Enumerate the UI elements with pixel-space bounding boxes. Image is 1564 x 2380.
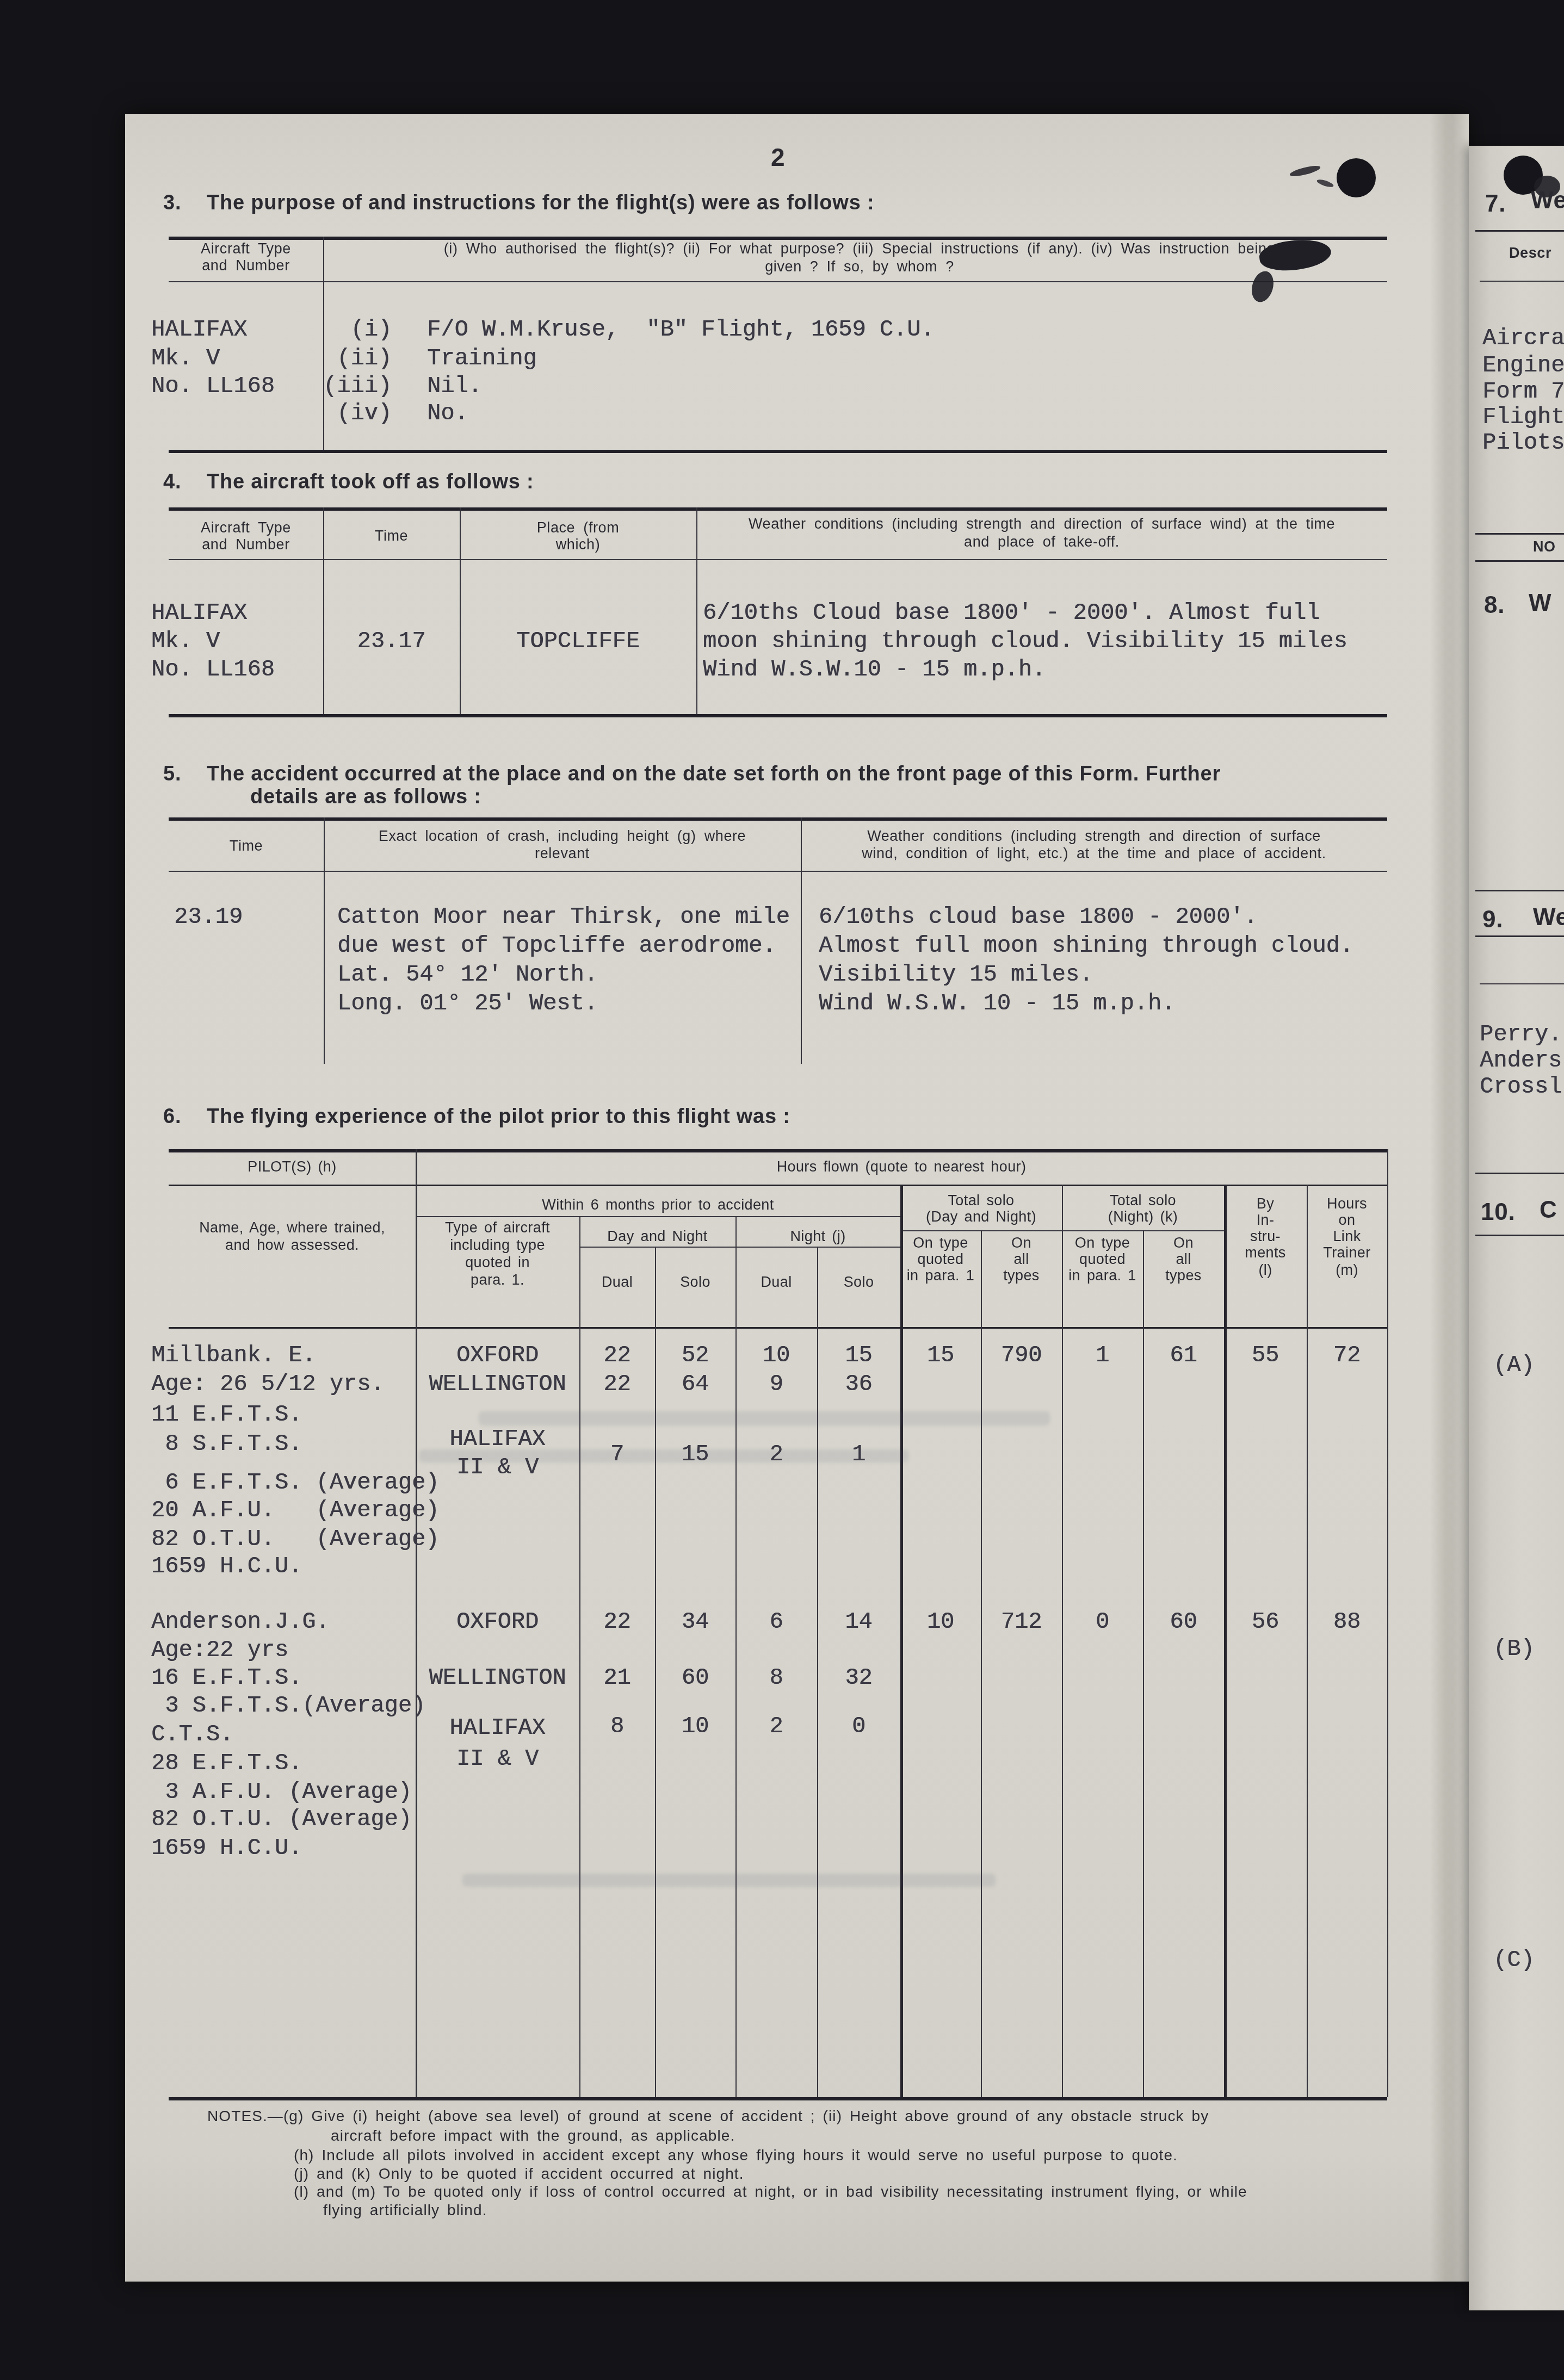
s4-col1-header: Aircraft Type bbox=[169, 519, 323, 536]
s3-aircraft-mark: Mk. V bbox=[151, 345, 220, 371]
ink-scribble bbox=[1289, 164, 1321, 178]
s6-name-header: and how assessed. bbox=[169, 1237, 416, 1253]
pilot-name-line: 1659 H.C.U. bbox=[151, 1835, 302, 1861]
hours-value: 22 bbox=[579, 1609, 655, 1635]
pilot-name-line: 20 A.F.U. (Average) bbox=[151, 1497, 439, 1523]
total-solo-value: 1 bbox=[1062, 1342, 1143, 1368]
notes-line: NOTES.—(g) Give (i) height (above sea le… bbox=[207, 2108, 1209, 2125]
hours-value: 7 bbox=[579, 1441, 655, 1467]
adj-section8-text: W bbox=[1529, 590, 1551, 617]
s6-pilots-header: PILOT(S) (h) bbox=[169, 1158, 416, 1175]
hours-value: 2 bbox=[735, 1713, 817, 1739]
adjacent-page: 7. We Descr Aircra Engine Form 7 Flight … bbox=[1469, 146, 1564, 2310]
rule bbox=[696, 507, 697, 714]
notes-line: aircraft before impact with the ground, … bbox=[331, 2127, 735, 2145]
link-trainer-value: 88 bbox=[1307, 1609, 1387, 1635]
rule bbox=[1475, 230, 1564, 232]
s3-item-label: (ii) bbox=[305, 345, 392, 371]
adj-section7-number: 7. bbox=[1485, 190, 1506, 218]
s5-location-header: relevant bbox=[324, 845, 801, 862]
rule bbox=[169, 817, 1387, 821]
rule bbox=[1387, 1149, 1388, 2097]
adj-section10-number: 10. bbox=[1481, 1199, 1516, 1226]
adj-section7-text: We bbox=[1531, 187, 1564, 214]
aircraft-type: HALIFAX bbox=[416, 1426, 579, 1452]
s4-weather-line: 6/10ths Cloud base 1800' - 2000'. Almost… bbox=[703, 600, 1320, 626]
s3-item-text: No. bbox=[427, 400, 468, 426]
s6-on-type-header: in para. 1 bbox=[900, 1267, 981, 1284]
s6-link-trainer-header: on bbox=[1307, 1212, 1387, 1228]
s3-col2-header: given ? If so, by whom ? bbox=[332, 258, 1387, 275]
total-solo-value: 60 bbox=[1143, 1609, 1224, 1635]
instruments-value: 56 bbox=[1224, 1609, 1307, 1635]
section4-title: The aircraft took off as follows : bbox=[207, 470, 534, 494]
s6-on-all-header: all bbox=[981, 1251, 1062, 1267]
aircraft-type: WELLINGTON bbox=[410, 1665, 585, 1691]
adj-typed-line: Anders bbox=[1480, 1048, 1562, 1074]
pilot-name-line: 8 S.F.T.S. bbox=[151, 1431, 302, 1457]
s6-night-header: Night (j) bbox=[735, 1228, 900, 1244]
rule bbox=[1475, 1235, 1564, 1236]
pilot-marker: (B) bbox=[1493, 1636, 1535, 1662]
pilot-name-line: 16 E.F.T.S. bbox=[151, 1665, 302, 1691]
s3-item-label: (i) bbox=[305, 317, 392, 343]
s4-time-value: 23.17 bbox=[323, 628, 460, 654]
rule bbox=[1480, 983, 1564, 984]
pilot-name-line: Millbank. E. bbox=[151, 1342, 316, 1368]
s3-aircraft-number: No. LL168 bbox=[151, 373, 275, 399]
s6-on-all-header: types bbox=[981, 1267, 1062, 1284]
hours-value: 15 bbox=[655, 1441, 735, 1467]
rule bbox=[323, 507, 324, 714]
rule bbox=[801, 817, 802, 1064]
s4-place-header: Place (from bbox=[460, 519, 696, 536]
s4-place-header: which) bbox=[460, 536, 696, 553]
s6-instruments-header: In- bbox=[1224, 1212, 1307, 1228]
s4-weather-header: and place of take-off. bbox=[696, 534, 1387, 550]
total-solo-value: 0 bbox=[1062, 1609, 1143, 1635]
s6-link-trainer-header: (m) bbox=[1307, 1262, 1387, 1278]
s3-aircraft-type: HALIFAX bbox=[151, 317, 247, 343]
aircraft-type: HALIFAX bbox=[416, 1715, 579, 1741]
instruments-value: 55 bbox=[1224, 1342, 1307, 1368]
hours-value: 1 bbox=[817, 1441, 900, 1467]
hours-value: 8 bbox=[735, 1665, 817, 1691]
pilot-marker: (A) bbox=[1493, 1352, 1535, 1378]
s6-dual-header: Dual bbox=[579, 1274, 655, 1290]
s5-weather-line: Almost full moon shining through cloud. bbox=[819, 933, 1353, 959]
rule bbox=[1475, 935, 1564, 937]
s4-weather-header: Weather conditions (including strength a… bbox=[696, 516, 1387, 532]
adj-section10-text: C bbox=[1540, 1197, 1557, 1224]
s3-item-text: F/O W.M.Kruse, "B" Flight, 1659 C.U. bbox=[427, 317, 935, 343]
s3-item-label: (iv) bbox=[305, 400, 392, 426]
aircraft-type: II & V bbox=[416, 1454, 579, 1480]
aircraft-type: OXFORD bbox=[416, 1609, 579, 1635]
pilot-name-line: Age:22 yrs bbox=[151, 1637, 288, 1663]
adj-typed-line: Form 7 bbox=[1482, 379, 1564, 405]
section5-number: 5. bbox=[163, 763, 181, 786]
hours-value: 10 bbox=[655, 1713, 735, 1739]
hours-value: 10 bbox=[735, 1342, 817, 1368]
pilot-name-line: 1659 H.C.U. bbox=[151, 1553, 302, 1579]
rule bbox=[1475, 560, 1564, 562]
hours-value: 60 bbox=[655, 1665, 735, 1691]
hours-value: 15 bbox=[817, 1342, 900, 1368]
pilot-name-line: 11 E.F.T.S. bbox=[151, 1402, 302, 1428]
hours-value: 32 bbox=[817, 1665, 900, 1691]
s6-total-solo-dn-header: Total solo bbox=[900, 1192, 1062, 1208]
hours-value: 8 bbox=[579, 1713, 655, 1739]
notes-line: (l) and (m) To be quoted only if loss of… bbox=[294, 2183, 1247, 2201]
ink-bleed-mark bbox=[462, 1874, 996, 1887]
hours-value: 36 bbox=[817, 1371, 900, 1397]
s4-col1-header: and Number bbox=[169, 536, 323, 553]
rule bbox=[169, 2097, 1387, 2100]
hours-value: 21 bbox=[579, 1665, 655, 1691]
adj-typed-line: Engine bbox=[1482, 352, 1564, 379]
adj-descr-label: Descr bbox=[1509, 245, 1551, 262]
hours-value: 14 bbox=[817, 1609, 900, 1635]
notes-line: (h) Include all pilots involved in accid… bbox=[294, 2147, 1178, 2164]
s6-hours-header: Hours flown (quote to nearest hour) bbox=[416, 1158, 1387, 1175]
link-trainer-value: 72 bbox=[1307, 1342, 1387, 1368]
s6-total-solo-dn-header: (Day and Night) bbox=[900, 1208, 1062, 1225]
pilot-name-line: Age: 26 5/12 yrs. bbox=[151, 1371, 384, 1397]
hours-value: 9 bbox=[735, 1371, 817, 1397]
s5-location-line: Catton Moor near Thirsk, one mile bbox=[337, 904, 790, 930]
s6-on-all-header: all bbox=[1143, 1251, 1224, 1267]
hours-value: 22 bbox=[579, 1342, 655, 1368]
section4-number: 4. bbox=[163, 470, 181, 494]
s6-solo-header: Solo bbox=[655, 1274, 735, 1290]
s6-on-type-header: On type bbox=[1062, 1235, 1143, 1251]
section3-title: The purpose of and instructions for the … bbox=[207, 191, 874, 215]
pilot-name-line: 3 S.F.T.S.(Average) bbox=[151, 1693, 425, 1719]
s6-on-all-header: types bbox=[1143, 1267, 1224, 1284]
s5-weather-line: Wind W.S.W. 10 - 15 m.p.h. bbox=[819, 990, 1175, 1017]
rule bbox=[169, 1149, 1387, 1152]
total-solo-value: 15 bbox=[900, 1342, 981, 1368]
rule bbox=[169, 507, 1387, 511]
s6-instruments-header: stru- bbox=[1224, 1228, 1307, 1244]
s5-location-line: Long. 01° 25' West. bbox=[337, 990, 598, 1017]
rule bbox=[169, 237, 1387, 240]
s4-weather-line: Wind W.S.W.10 - 15 m.p.h. bbox=[703, 656, 1046, 683]
s6-on-type-header: in para. 1 bbox=[1062, 1267, 1143, 1284]
aircraft-type: OXFORD bbox=[416, 1342, 579, 1368]
page-number: 2 bbox=[751, 142, 805, 172]
pilot-name-line: Anderson.J.G. bbox=[151, 1609, 330, 1635]
rule bbox=[579, 1247, 735, 1248]
s3-col1-header: Aircraft Type bbox=[169, 240, 323, 257]
s6-total-solo-n-header: (Night) (k) bbox=[1062, 1208, 1224, 1225]
s3-item-text: Nil. bbox=[427, 373, 482, 399]
rule bbox=[324, 817, 325, 1064]
rule bbox=[416, 1216, 900, 1217]
rule bbox=[1062, 1185, 1063, 2097]
adj-section8-number: 8. bbox=[1484, 592, 1505, 619]
s4-aircraft-mark: Mk. V bbox=[151, 628, 220, 654]
pilot-name-line: 6 E.F.T.S. (Average) bbox=[151, 1470, 439, 1496]
rule bbox=[1307, 1185, 1308, 2097]
s6-dual-header: Dual bbox=[735, 1274, 817, 1290]
aircraft-type: WELLINGTON bbox=[410, 1371, 585, 1397]
hours-value: 6 bbox=[735, 1609, 817, 1635]
s6-on-all-header: On bbox=[1143, 1235, 1224, 1251]
s4-aircraft-number: No. LL168 bbox=[151, 656, 275, 683]
s6-instruments-header: ments bbox=[1224, 1244, 1307, 1261]
total-solo-value: 10 bbox=[900, 1609, 981, 1635]
s6-link-trainer-header: Hours bbox=[1307, 1195, 1387, 1212]
s5-weather-line: Visibility 15 miles. bbox=[819, 962, 1093, 988]
adj-section9-number: 9. bbox=[1482, 906, 1503, 933]
s3-col2-header: (i) Who authorised the flight(s)? (ii) F… bbox=[332, 240, 1387, 257]
pilot-name-line: 3 A.F.U. (Average) bbox=[151, 1779, 412, 1805]
adj-typed-line: Perry. bbox=[1480, 1021, 1562, 1048]
s6-type-header: quoted in bbox=[416, 1254, 579, 1270]
hours-value: 34 bbox=[655, 1609, 735, 1635]
rule bbox=[1475, 890, 1564, 891]
adj-no-label: NO bbox=[1533, 538, 1556, 555]
rule bbox=[1475, 1173, 1564, 1174]
rule bbox=[169, 281, 1387, 282]
s5-weather-line: 6/10ths cloud base 1800 - 2000'. bbox=[819, 904, 1258, 930]
section5-title: The accident occurred at the place and o… bbox=[207, 763, 1221, 786]
adj-typed-line: Pilots bbox=[1482, 430, 1564, 456]
ink-scribble bbox=[1316, 178, 1334, 188]
rule bbox=[460, 507, 461, 714]
s4-aircraft-type: HALIFAX bbox=[151, 600, 247, 626]
s4-weather-line: moon shining through cloud. Visibility 1… bbox=[703, 628, 1347, 654]
pilot-marker: (C) bbox=[1493, 1947, 1535, 1973]
s4-place-value: TOPCLIFFE bbox=[460, 628, 696, 654]
s6-on-type-header: quoted bbox=[900, 1251, 981, 1267]
section5-title: details are as follows : bbox=[250, 785, 481, 809]
rule bbox=[169, 871, 1387, 872]
hours-value: 52 bbox=[655, 1342, 735, 1368]
s6-solo-header: Solo bbox=[817, 1274, 900, 1290]
rule bbox=[900, 1185, 903, 2097]
s3-col1-header: and Number bbox=[169, 257, 323, 274]
rule bbox=[1224, 1185, 1227, 2097]
s6-type-header: Type of aircraft bbox=[416, 1219, 579, 1236]
pilot-name-line: 82 O.T.U. (Average) bbox=[151, 1526, 439, 1552]
hours-value: 2 bbox=[735, 1441, 817, 1467]
s5-location-header: Exact location of crash, including heigh… bbox=[324, 828, 801, 845]
hours-value: 22 bbox=[579, 1371, 655, 1397]
pilot-name-line: 82 O.T.U. (Average) bbox=[151, 1806, 412, 1832]
s6-name-header: Name, Age, where trained, bbox=[169, 1219, 416, 1236]
hours-value: 64 bbox=[655, 1371, 735, 1397]
s6-instruments-header: (l) bbox=[1224, 1262, 1307, 1278]
s5-weather-header: Weather conditions (including strength a… bbox=[801, 828, 1387, 845]
pilot-name-line: C.T.S. bbox=[151, 1721, 233, 1747]
s6-link-trainer-header: Link bbox=[1307, 1228, 1387, 1244]
notes-line: flying artificially blind. bbox=[323, 2202, 487, 2219]
rule bbox=[169, 1185, 1387, 1186]
total-solo-value: 61 bbox=[1143, 1342, 1224, 1368]
rule bbox=[169, 1327, 1387, 1329]
s6-within6-header: Within 6 months prior to accident bbox=[416, 1197, 900, 1213]
s6-on-type-header: On type bbox=[900, 1235, 981, 1251]
s3-item-label: (iii) bbox=[305, 373, 392, 399]
rule bbox=[169, 559, 1387, 560]
s6-day-night-header: Day and Night bbox=[579, 1228, 735, 1244]
aircraft-type: II & V bbox=[416, 1746, 579, 1772]
s6-type-header: para. 1. bbox=[416, 1272, 579, 1288]
s5-location-line: Lat. 54° 12' North. bbox=[337, 962, 598, 988]
total-solo-value: 790 bbox=[981, 1342, 1062, 1368]
s6-on-all-header: On bbox=[981, 1235, 1062, 1251]
ink-bleed-mark bbox=[479, 1411, 1050, 1425]
rule bbox=[1480, 281, 1564, 282]
fold-crease bbox=[1430, 114, 1469, 2282]
rule bbox=[169, 450, 1387, 453]
adj-typed-line: Crossl bbox=[1480, 1074, 1562, 1100]
total-solo-value: 712 bbox=[981, 1609, 1062, 1635]
adj-typed-line: Flight bbox=[1482, 404, 1564, 430]
pilot-name-line: 28 E.F.T.S. bbox=[151, 1750, 302, 1776]
adj-section9-text: We bbox=[1533, 904, 1564, 931]
s5-time-value: 23.19 bbox=[174, 904, 243, 930]
section3-number: 3. bbox=[163, 191, 181, 215]
s6-type-header: including type bbox=[416, 1237, 579, 1253]
s5-time-header: Time bbox=[169, 838, 324, 854]
hole-punch bbox=[1337, 158, 1376, 197]
s6-instruments-header: By bbox=[1224, 1195, 1307, 1212]
s3-item-text: Training bbox=[427, 345, 537, 371]
rule bbox=[1475, 533, 1564, 535]
s6-on-type-header: quoted bbox=[1062, 1251, 1143, 1267]
section6-title: The flying experience of the pilot prior… bbox=[207, 1105, 790, 1129]
hours-value: 0 bbox=[817, 1713, 900, 1739]
s4-time-header: Time bbox=[323, 528, 460, 544]
s5-weather-header: wind, condition of light, etc.) at the t… bbox=[801, 845, 1387, 862]
section6-number: 6. bbox=[163, 1105, 181, 1129]
s6-link-trainer-header: Trainer bbox=[1307, 1244, 1387, 1261]
rule bbox=[169, 714, 1387, 717]
s5-location-line: due west of Topcliffe aerodrome. bbox=[337, 933, 776, 959]
adj-typed-line: Aircra bbox=[1482, 325, 1564, 351]
form-page: 2 3. The purpose of and instructions for… bbox=[125, 114, 1469, 2282]
s6-total-solo-n-header: Total solo bbox=[1062, 1192, 1224, 1208]
notes-line: (j) and (k) Only to be quoted if acciden… bbox=[294, 2165, 744, 2183]
